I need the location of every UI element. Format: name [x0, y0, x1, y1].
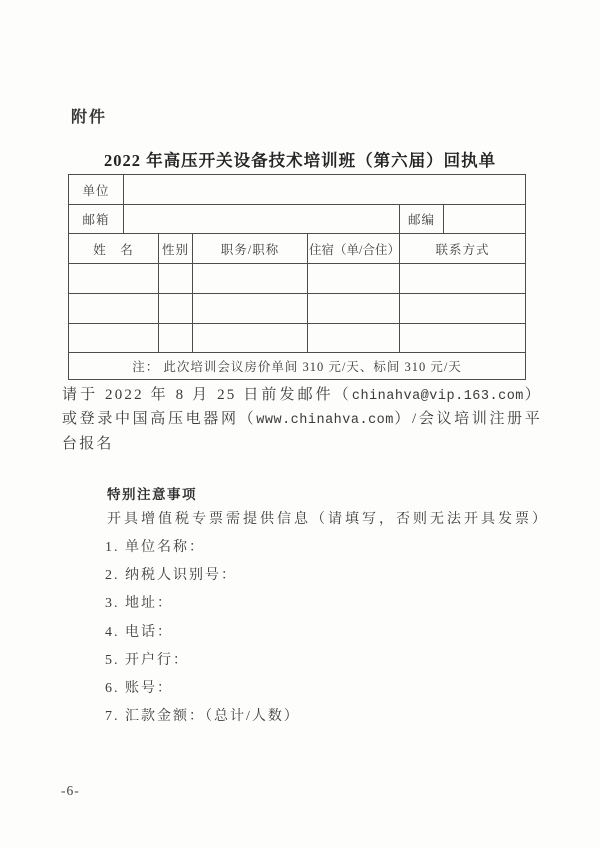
attachment-label: 附件	[71, 104, 107, 127]
list-item-remittance: 7. 汇款金额：（总计/人数）	[105, 710, 300, 724]
list-item-address: 3. 地址：	[105, 597, 300, 611]
table-row	[69, 324, 526, 353]
list-item-company-name: 1. 单位名称：	[105, 541, 300, 555]
col-header-lodging: 住宿（单/合住）	[308, 234, 400, 264]
name-cell	[69, 324, 159, 353]
room-price-note: 注： 此次培训会议房价单间 310 元/天、标间 310 元/天	[69, 353, 526, 380]
col-header-position: 职务/职称	[193, 234, 308, 264]
invoice-info-list: 1. 单位名称： 2. 纳税人识别号： 3. 地址： 4. 电话： 5. 开户行…	[105, 541, 300, 738]
unit-label: 单位	[69, 175, 124, 205]
registration-email: chinahva@vip.163.com	[352, 389, 524, 404]
gender-cell	[159, 264, 193, 294]
unit-value-cell	[124, 175, 526, 205]
table-row	[69, 264, 526, 294]
lodging-cell	[308, 264, 400, 294]
table-header-row: 姓 名 性别 职务/职称 住宿（单/合住） 联系方式	[69, 234, 526, 264]
postcode-value-cell	[444, 205, 526, 234]
lodging-cell	[308, 294, 400, 324]
contact-cell	[400, 324, 526, 353]
lodging-cell	[308, 324, 400, 353]
reply-form-table: 单位 邮箱 邮编 姓 名 性别 职务/职称 住宿（单/合住） 联系方式	[68, 174, 526, 380]
list-item-phone: 4. 电话：	[105, 626, 300, 640]
table-note-row: 注： 此次培训会议房价单间 310 元/天、标间 310 元/天	[69, 353, 526, 380]
invoice-info-intro: 开具增值税专票需提供信息（请填写，否则无法开具发票）	[107, 508, 549, 528]
position-cell	[193, 264, 308, 294]
contact-cell	[400, 264, 526, 294]
gender-cell	[159, 324, 193, 353]
registration-text-1: 请于 2022 年 8 月 25 日前发邮件（	[62, 387, 352, 403]
col-header-gender: 性别	[159, 234, 193, 264]
gender-cell	[159, 294, 193, 324]
contact-cell	[400, 294, 526, 324]
table-row	[69, 294, 526, 324]
document-page: 附件 2022 年高压开关设备技术培训班（第六届）回执单 单位 邮箱 邮编 姓 …	[0, 0, 600, 848]
name-cell	[69, 264, 159, 294]
table-row-email: 邮箱 邮编	[69, 205, 526, 234]
registration-website: www.chinahva.com	[256, 413, 394, 428]
list-item-bank: 5. 开户行：	[105, 654, 300, 668]
form-title: 2022 年高压开关设备技术培训班（第六届）回执单	[0, 147, 600, 171]
table-row-unit: 单位	[69, 175, 526, 205]
list-item-taxpayer-id: 2. 纳税人识别号：	[105, 569, 300, 583]
position-cell	[193, 294, 308, 324]
special-notice-heading: 特别注意事项	[107, 483, 197, 503]
page-number: -6-	[61, 783, 80, 799]
registration-instructions: 请于 2022 年 8 月 25 日前发邮件（chinahva@vip.163.…	[62, 384, 542, 455]
col-header-name: 姓 名	[69, 234, 159, 264]
list-item-account: 6. 账号：	[105, 682, 300, 696]
name-cell	[69, 294, 159, 324]
email-label: 邮箱	[69, 205, 124, 234]
col-header-contact: 联系方式	[400, 234, 526, 264]
position-cell	[193, 324, 308, 353]
email-value-cell	[124, 205, 400, 234]
postcode-label: 邮编	[400, 205, 444, 234]
